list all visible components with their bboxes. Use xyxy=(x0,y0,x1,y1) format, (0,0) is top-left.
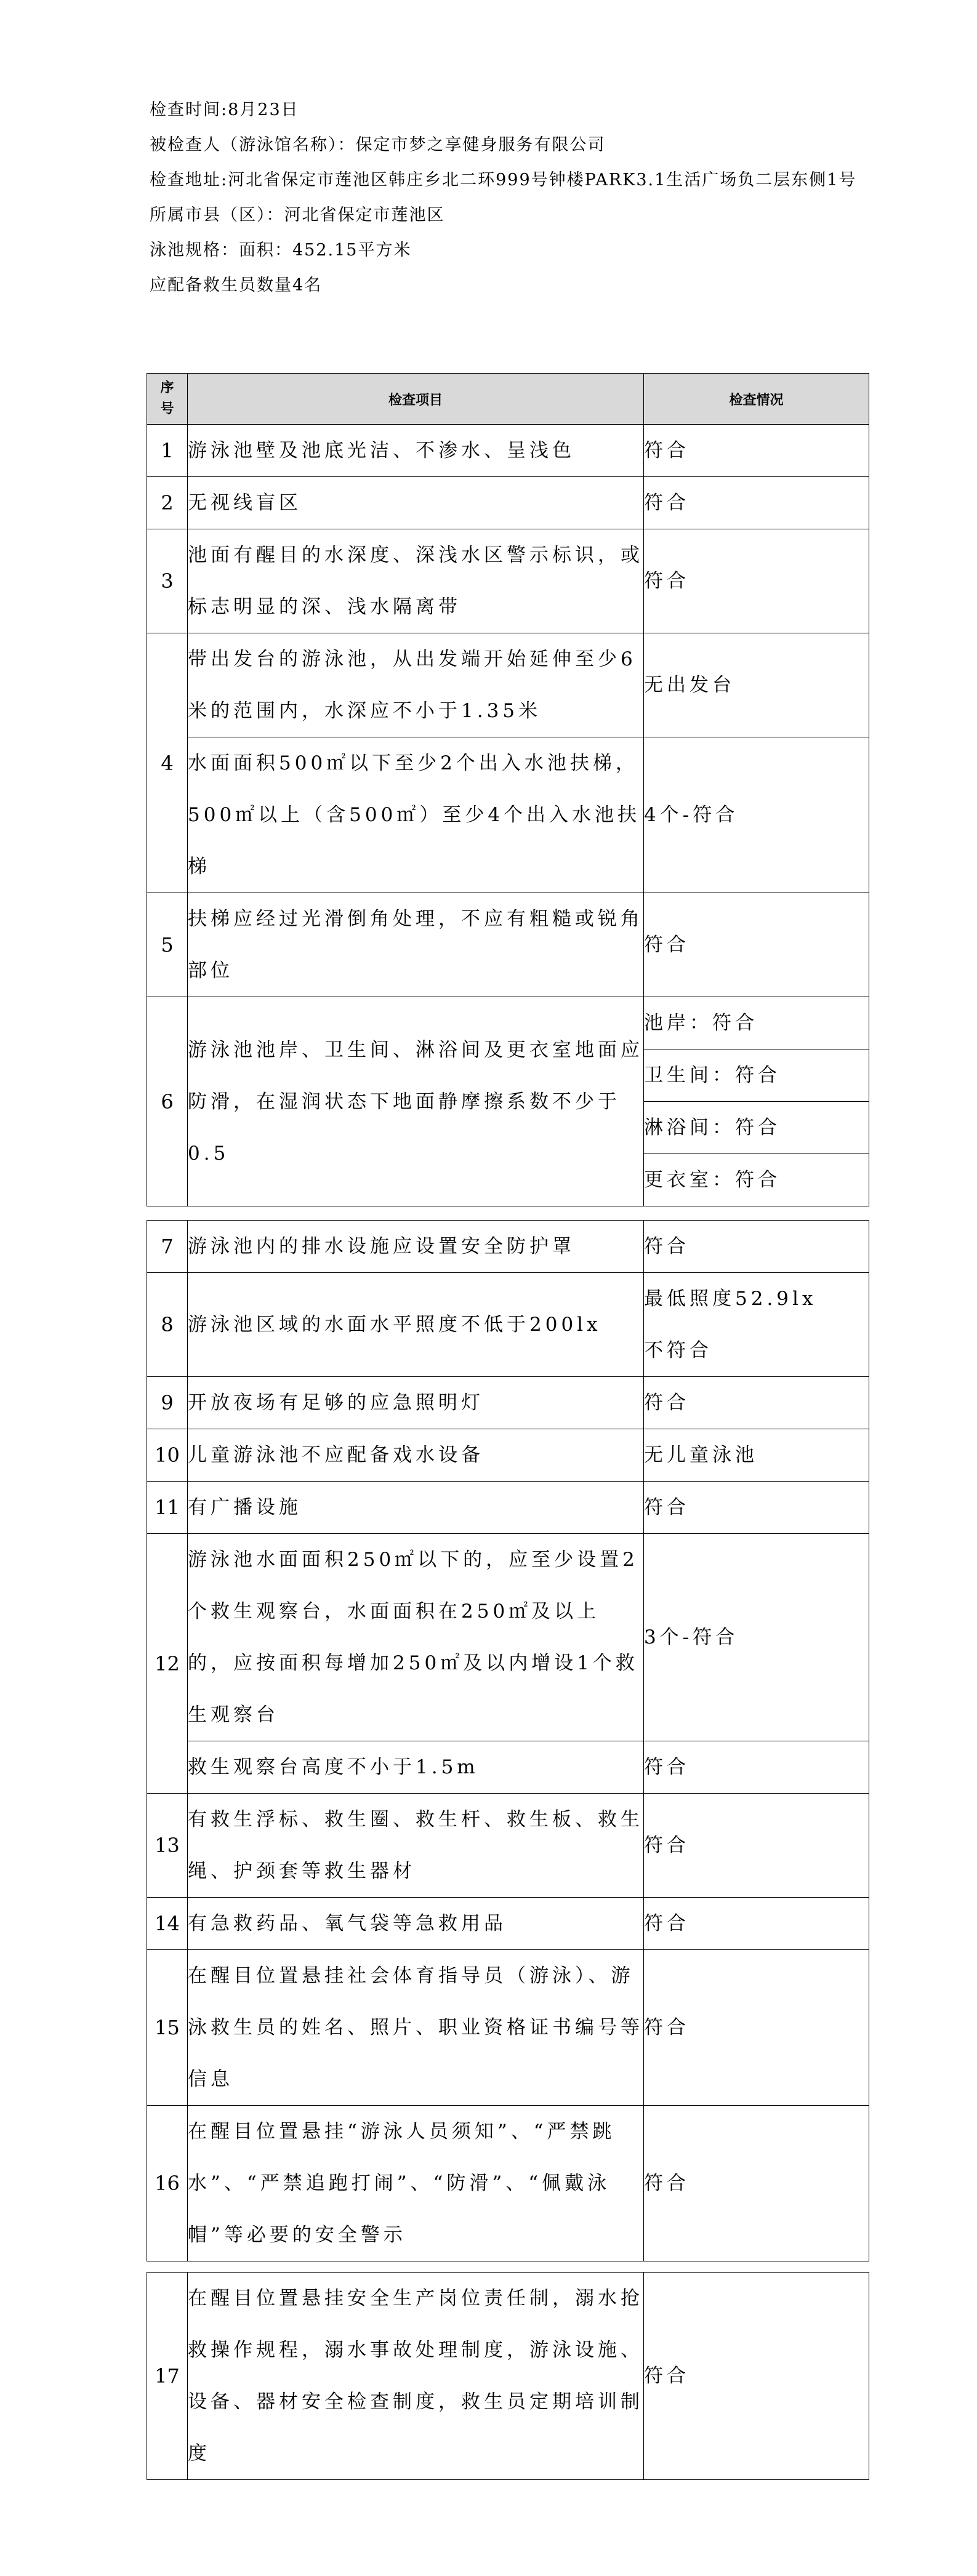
lifeguards-required: 应配备救生员数量4名 xyxy=(150,268,876,303)
row-number: 16 xyxy=(147,2106,188,2261)
check-result-locker-room: 更衣室：符合 xyxy=(644,1154,869,1206)
row-number: 13 xyxy=(147,1794,188,1898)
table-row: 17 在醒目位置悬挂安全生产岗位责任制，溺水抢救操作规程，溺水事故处理制度，游泳… xyxy=(147,2273,869,2480)
table-row: 16 在醒目位置悬挂“游泳人员须知”、“严禁跳水”、“严禁追跑打闹”、“防滑”、… xyxy=(147,2106,869,2261)
header-item: 检查项目 xyxy=(188,374,644,425)
row-number: 15 xyxy=(147,1950,188,2106)
check-item: 游泳池区域的水面水平照度不低于200lx xyxy=(188,1273,644,1377)
table-row: 9 开放夜场有足够的应急照明灯 符合 xyxy=(147,1377,869,1429)
check-item: 救生观察台高度不小于1.5m xyxy=(188,1741,644,1794)
row-number: 4 xyxy=(147,633,188,893)
district: 所属市县（区）：河北省保定市莲池区 xyxy=(150,198,876,233)
table-row: 3 池面有醒目的水深度、深浅水区警示标识，或标志明显的深、浅水隔离带 符合 xyxy=(147,529,869,633)
inspection-table-part-1: 序 号 检查项目 检查情况 1 游泳池壁及池底光洁、不渗水、呈浅色 符合 2 无… xyxy=(147,373,869,1206)
inspectee-name: 被检查人（游泳馆名称）：保定市梦之享健身服务有限公司 xyxy=(150,127,876,163)
row-number: 8 xyxy=(147,1273,188,1377)
table-row: 2 无视线盲区 符合 xyxy=(147,477,869,529)
check-item: 开放夜场有足够的应急照明灯 xyxy=(188,1377,644,1429)
table-row: 13 有救生浮标、救生圈、救生杆、救生板、救生绳、护颈套等救生器材 符合 xyxy=(147,1794,869,1898)
check-item: 带出发台的游泳池，从出发端开始延伸至少6米的范围内，水深应不小于1.35米 xyxy=(188,633,644,737)
row-number: 12 xyxy=(147,1534,188,1794)
table-row: 7 游泳池内的排水设施应设置安全防护罩 符合 xyxy=(147,1221,869,1273)
check-item: 在醒目位置悬挂“游泳人员须知”、“严禁跳水”、“严禁追跑打闹”、“防滑”、“佩戴… xyxy=(188,2106,644,2261)
check-result: 符合 xyxy=(644,425,869,477)
row-number: 6 xyxy=(147,997,188,1206)
check-result: 无出发台 xyxy=(644,633,869,737)
check-result-restroom: 卫生间：符合 xyxy=(644,1049,869,1102)
check-result: 符合 xyxy=(644,1377,869,1429)
header-no-line2: 号 xyxy=(147,399,187,420)
table-row: 12 游泳池水面面积250㎡以下的，应至少设置2个救生观察台，水面面积在250㎡… xyxy=(147,1534,869,1741)
row-number: 1 xyxy=(147,425,188,477)
table-header-row: 序 号 检查项目 检查情况 xyxy=(147,374,869,425)
table-row: 8 游泳池区域的水面水平照度不低于200lx 最低照度52.9lx 不符合 xyxy=(147,1273,869,1377)
check-item: 有广播设施 xyxy=(188,1482,644,1534)
check-result: 最低照度52.9lx 不符合 xyxy=(644,1273,869,1377)
row-number: 7 xyxy=(147,1221,188,1273)
row-number: 17 xyxy=(147,2273,188,2480)
check-result: 无儿童泳池 xyxy=(644,1429,869,1482)
check-result: 符合 xyxy=(644,2273,869,2480)
check-item: 游泳池水面面积250㎡以下的，应至少设置2个救生观察台，水面面积在250㎡及以上… xyxy=(188,1534,644,1741)
table-row: 4 带出发台的游泳池，从出发端开始延伸至少6米的范围内，水深应不小于1.35米 … xyxy=(147,633,869,737)
row-number: 14 xyxy=(147,1898,188,1950)
check-item: 儿童游泳池不应配备戏水设备 xyxy=(188,1429,644,1482)
check-result: 符合 xyxy=(644,1482,869,1534)
check-result: 符合 xyxy=(644,1741,869,1794)
check-item: 在醒目位置悬挂安全生产岗位责任制，溺水抢救操作规程，溺水事故处理制度，游泳设施、… xyxy=(188,2273,644,2480)
table-row: 5 扶梯应经过光滑倒角处理，不应有粗糙或锐角部位 符合 xyxy=(147,893,869,997)
inspection-address: 检查地址:河北省保定市莲池区韩庄乡北二环999号钟楼PARK3.1生活广场负二层… xyxy=(150,163,876,198)
header-no-line1: 序 xyxy=(147,378,187,399)
table-row: 15 在醒目位置悬挂社会体育指导员（游泳）、游泳救生员的姓名、照片、职业资格证书… xyxy=(147,1950,869,2106)
check-result: 符合 xyxy=(644,893,869,997)
header-no: 序 号 xyxy=(147,374,188,425)
check-result: 符合 xyxy=(644,1898,869,1950)
row-number: 5 xyxy=(147,893,188,997)
check-result: 3个-符合 xyxy=(644,1534,869,1741)
check-item: 水面面积500㎡以下至少2个出入水池扶梯，500㎡以上（含500㎡）至少4个出入… xyxy=(188,737,644,893)
row-number: 2 xyxy=(147,477,188,529)
non-compliant-status: 不符合 xyxy=(644,1325,869,1376)
check-result: 4个-符合 xyxy=(644,737,869,893)
row-number: 10 xyxy=(147,1429,188,1482)
inspection-table-part-2: 7 游泳池内的排水设施应设置安全防护罩 符合 8 游泳池区域的水面水平照度不低于… xyxy=(147,1220,869,2261)
check-result: 符合 xyxy=(644,2106,869,2261)
check-result: 符合 xyxy=(644,1794,869,1898)
check-result: 符合 xyxy=(644,529,869,633)
inspection-time: 检查时间:8月23日 xyxy=(150,92,876,127)
check-result: 符合 xyxy=(644,1950,869,2106)
check-item: 池面有醒目的水深度、深浅水区警示标识，或标志明显的深、浅水隔离带 xyxy=(188,529,644,633)
check-item: 扶梯应经过光滑倒角处理，不应有粗糙或锐角部位 xyxy=(188,893,644,997)
table-subrow: 救生观察台高度不小于1.5m 符合 xyxy=(147,1741,869,1794)
row-number: 3 xyxy=(147,529,188,633)
check-item: 游泳池壁及池底光洁、不渗水、呈浅色 xyxy=(188,425,644,477)
check-item: 无视线盲区 xyxy=(188,477,644,529)
check-result-shower: 淋浴间：符合 xyxy=(644,1102,869,1154)
min-illuminance: 最低照度52.9lx xyxy=(644,1273,869,1325)
row-number: 11 xyxy=(147,1482,188,1534)
check-result: 符合 xyxy=(644,1221,869,1273)
inspection-info: 检查时间:8月23日 被检查人（游泳馆名称）：保定市梦之享健身服务有限公司 检查… xyxy=(150,92,876,303)
inspection-table-part-3: 17 在醒目位置悬挂安全生产岗位责任制，溺水抢救操作规程，溺水事故处理制度，游泳… xyxy=(147,2272,869,2480)
table-row: 10 儿童游泳池不应配备戏水设备 无儿童泳池 xyxy=(147,1429,869,1482)
row-number: 9 xyxy=(147,1377,188,1429)
check-item: 有急救药品、氧气袋等急救用品 xyxy=(188,1898,644,1950)
check-result-pool-deck: 池岸：符合 xyxy=(644,997,869,1049)
table-subrow: 水面面积500㎡以下至少2个出入水池扶梯，500㎡以上（含500㎡）至少4个出入… xyxy=(147,737,869,893)
table-row: 1 游泳池壁及池底光洁、不渗水、呈浅色 符合 xyxy=(147,425,869,477)
pool-spec: 泳池规格：面积：452.15平方米 xyxy=(150,233,876,268)
table-row: 6 游泳池池岸、卫生间、淋浴间及更衣室地面应防滑，在湿润状态下地面静摩擦系数不少… xyxy=(147,997,869,1049)
check-result: 符合 xyxy=(644,477,869,529)
check-item: 有救生浮标、救生圈、救生杆、救生板、救生绳、护颈套等救生器材 xyxy=(188,1794,644,1898)
table-row: 14 有急救药品、氧气袋等急救用品 符合 xyxy=(147,1898,869,1950)
table-row: 11 有广播设施 符合 xyxy=(147,1482,869,1534)
check-item: 游泳池内的排水设施应设置安全防护罩 xyxy=(188,1221,644,1273)
check-item: 游泳池池岸、卫生间、淋浴间及更衣室地面应防滑，在湿润状态下地面静摩擦系数不少于0… xyxy=(188,997,644,1206)
header-result: 检查情况 xyxy=(644,374,869,425)
check-item: 在醒目位置悬挂社会体育指导员（游泳）、游泳救生员的姓名、照片、职业资格证书编号等… xyxy=(188,1950,644,2106)
